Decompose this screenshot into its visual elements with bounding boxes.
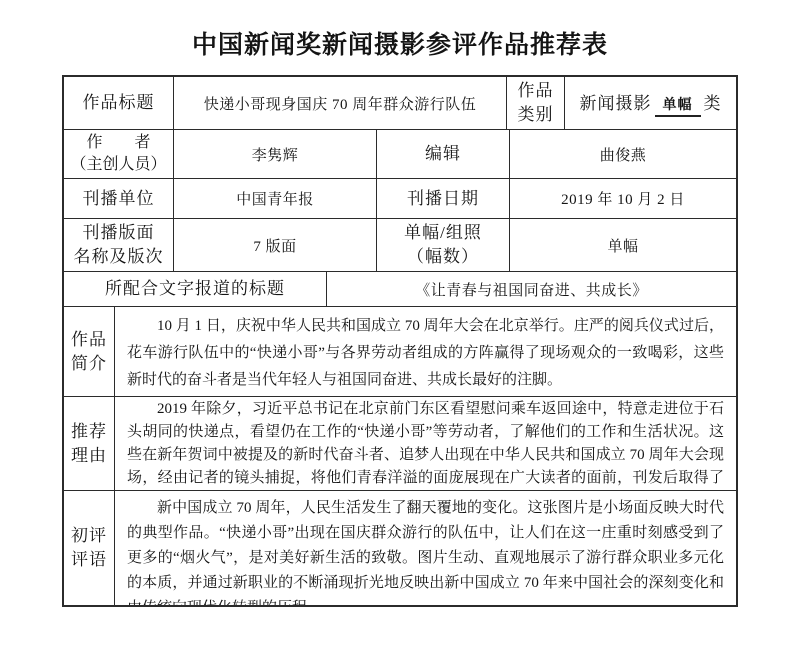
author-value: 李隽辉 xyxy=(252,144,299,165)
single-or-group-label-cell: 单幅/组照 （幅数） xyxy=(377,219,510,271)
page-edition-value: 7 版面 xyxy=(253,235,296,256)
reason-value-cell: 2019 年除夕，习近平总书记在北京前门东区看望慰问乘车返回途中，特意走进位于石… xyxy=(115,397,736,490)
row-author-editor: 作 者 （主创人员） 李隽辉 编辑 曲俊燕 xyxy=(64,130,736,179)
reason-label: 推荐 理由 xyxy=(71,420,107,468)
row-publish: 刊播单位 中国青年报 刊播日期 2019 年 10 月 2 日 xyxy=(64,179,736,219)
author-label: 作 者 （主创人员） xyxy=(70,132,166,177)
publish-date-value-cell: 2019 年 10 月 2 日 xyxy=(510,179,736,218)
category-value: 新闻摄影单幅类 xyxy=(580,89,722,117)
row-text-report: 所配合文字报道的标题 《让青春与祖国同奋进、共成长》 xyxy=(64,272,736,307)
text-report-label-cell: 所配合文字报道的标题 xyxy=(64,272,327,306)
row-reason: 推荐 理由 2019 年除夕，习近平总书记在北京前门东区看望慰问乘车返回途中，特… xyxy=(64,397,736,491)
editor-label-cell: 编辑 xyxy=(377,130,510,178)
publish-unit-value: 中国青年报 xyxy=(236,188,314,209)
publish-unit-value-cell: 中国青年报 xyxy=(174,179,377,218)
category-value-cell: 新闻摄影单幅类 xyxy=(565,77,736,129)
editor-value-cell: 曲俊燕 xyxy=(510,130,736,178)
category-label: 作品 类别 xyxy=(518,79,554,127)
work-title-value-cell: 快递小哥现身国庆 70 周年群众游行队伍 xyxy=(174,77,507,129)
intro-label: 作品 简介 xyxy=(71,328,107,376)
work-title-label-cell: 作品标题 xyxy=(64,77,174,129)
page-title: 中国新闻奖新闻摄影参评作品推荐表 xyxy=(0,25,800,61)
publish-date-label: 刊播日期 xyxy=(407,187,479,211)
recommendation-form-table: 作品标题 快递小哥现身国庆 70 周年群众游行队伍 作品 类别 新闻摄影单幅类 … xyxy=(62,75,738,607)
text-report-label: 所配合文字报道的标题 xyxy=(105,277,285,301)
row-work-title: 作品标题 快递小哥现身国庆 70 周年群众游行队伍 作品 类别 新闻摄影单幅类 xyxy=(64,77,736,130)
category-label-cell: 作品 类别 xyxy=(507,77,565,129)
recommendation-form-page: 中国新闻奖新闻摄影参评作品推荐表 作品标题 快递小哥现身国庆 70 周年群众游行… xyxy=(0,0,800,649)
intro-paragraph: 10 月 1 日，庆祝中华人民共和国成立 70 周年大会在北京举行。庄严的阅兵仪… xyxy=(115,307,736,394)
author-value-cell: 李隽辉 xyxy=(174,130,377,178)
row-page-edition: 刊播版面 名称及版次 7 版面 单幅/组照 （幅数） 单幅 xyxy=(64,219,736,272)
intro-label-cell: 作品 简介 xyxy=(64,307,115,396)
category-fill-underlined: 单幅 xyxy=(655,97,701,117)
category-suffix: 类 xyxy=(704,94,722,113)
work-title-label: 作品标题 xyxy=(83,91,155,115)
review-paragraph: 新中国成立 70 周年，人民生活发生了翻天覆地的变化。这张图片是小场面反映大时代… xyxy=(115,491,736,605)
category-prefix: 新闻摄影 xyxy=(580,94,652,113)
review-value-cell: 新中国成立 70 周年，人民生活发生了翻天覆地的变化。这张图片是小场面反映大时代… xyxy=(115,491,736,605)
row-intro: 作品 简介 10 月 1 日，庆祝中华人民共和国成立 70 周年大会在北京举行。… xyxy=(64,307,736,397)
publish-date-value: 2019 年 10 月 2 日 xyxy=(561,188,685,209)
work-title-value: 快递小哥现身国庆 70 周年群众游行队伍 xyxy=(204,93,477,114)
author-label-cell: 作 者 （主创人员） xyxy=(64,130,174,178)
intro-value-cell: 10 月 1 日，庆祝中华人民共和国成立 70 周年大会在北京举行。庄严的阅兵仪… xyxy=(115,307,736,396)
publish-date-label-cell: 刊播日期 xyxy=(377,179,510,218)
text-report-value-cell: 《让青春与祖国同奋进、共成长》 xyxy=(327,272,736,306)
review-label: 初评 评语 xyxy=(71,524,107,572)
text-report-value: 《让青春与祖国同奋进、共成长》 xyxy=(415,279,648,300)
reason-label-cell: 推荐 理由 xyxy=(64,397,115,490)
row-review: 初评 评语 新中国成立 70 周年，人民生活发生了翻天覆地的变化。这张图片是小场… xyxy=(64,491,736,605)
publish-unit-label: 刊播单位 xyxy=(83,187,155,211)
editor-label: 编辑 xyxy=(425,142,461,166)
editor-value: 曲俊燕 xyxy=(600,144,647,165)
reason-paragraph: 2019 年除夕，习近平总书记在北京前门东区看望慰问乘车返回途中，特意走进位于石… xyxy=(115,397,736,490)
page-edition-label: 刊播版面 名称及版次 xyxy=(74,221,164,269)
single-or-group-value-cell: 单幅 xyxy=(510,219,736,271)
page-edition-label-cell: 刊播版面 名称及版次 xyxy=(64,219,174,271)
publish-unit-label-cell: 刊播单位 xyxy=(64,179,174,218)
page-edition-value-cell: 7 版面 xyxy=(174,219,377,271)
single-or-group-value: 单幅 xyxy=(607,235,638,256)
review-label-cell: 初评 评语 xyxy=(64,491,115,605)
single-or-group-label: 单幅/组照 （幅数） xyxy=(404,221,482,269)
